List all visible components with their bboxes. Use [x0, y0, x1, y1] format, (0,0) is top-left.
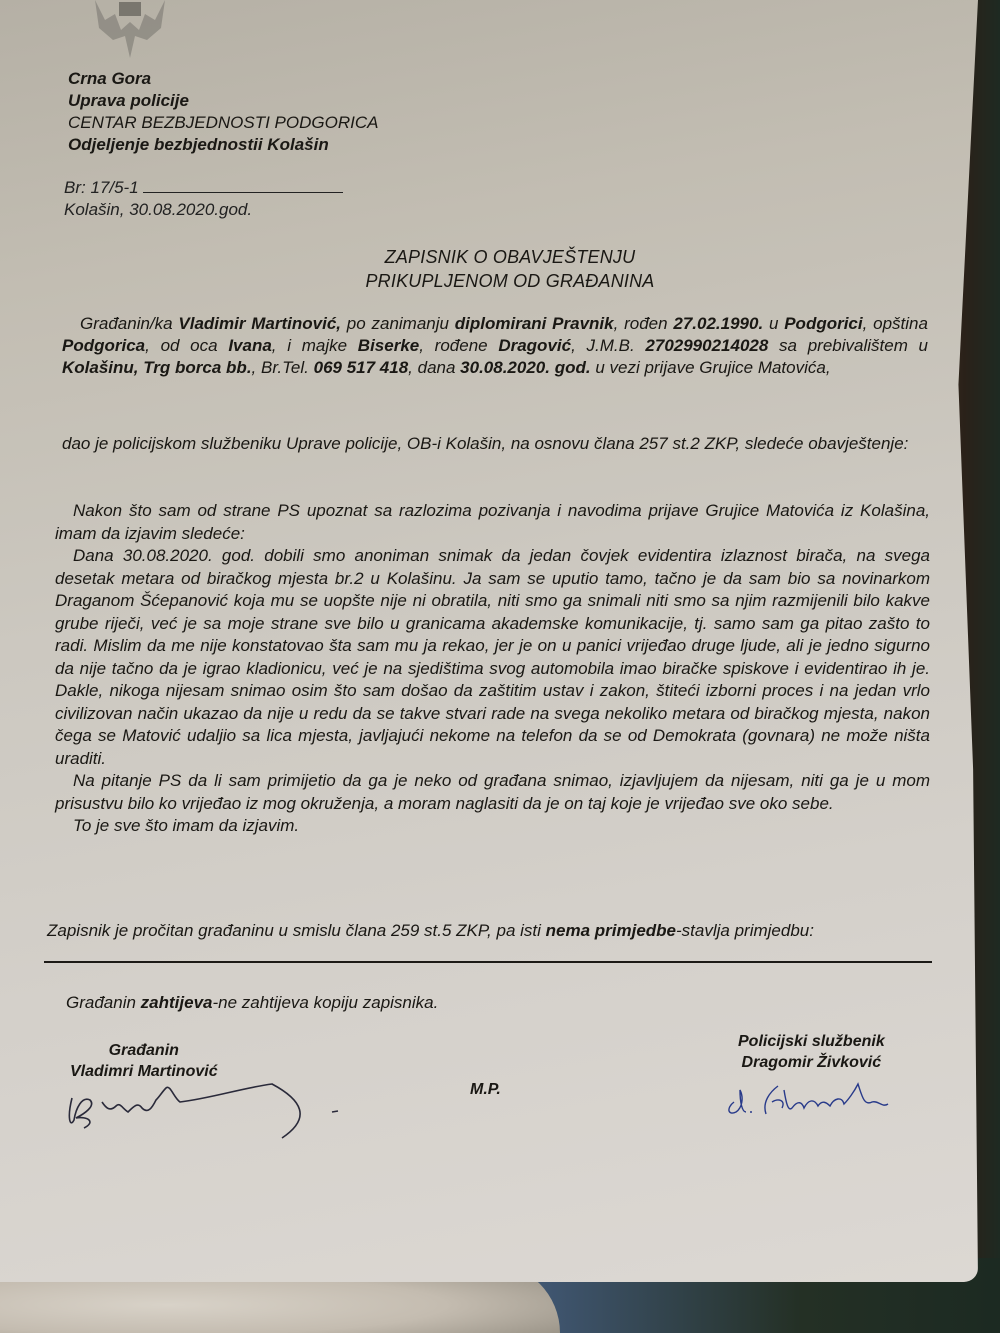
copy-request: Građanin zahtijeva-ne zahtijeva kopiju z… [66, 992, 932, 1014]
citizen-signature-block: Građanin Vladimri Martinović [70, 1040, 218, 1082]
document: Crna Gora Uprava policije CENTAR BEZBJED… [0, 0, 978, 1282]
citizen-jmb: 2702990214028 [645, 336, 768, 355]
citizen-residence: Kolašinu, Trg borca bb. [62, 358, 252, 377]
title-line-2: PRIKUPLJENOM OD GRAĐANINA [300, 269, 720, 293]
citizen-birth-date: 27.02.1990. [673, 314, 763, 333]
document-title: ZAPISNIK O OBAVJEŠTENJU PRIKUPLJENOM OD … [300, 245, 720, 293]
citizen-mother-maiden-name: Dragović [498, 336, 571, 355]
statement-paragraph: Na pitanje PS da li sam primijetio da ga… [55, 770, 930, 815]
letterhead: Crna Gora Uprava policije CENTAR BEZBJED… [68, 68, 378, 156]
statement-paragraph: Nakon što sam od strane PS upoznat sa ra… [55, 500, 930, 545]
officer-signature-block: Policijski službenik Dragomir Živković [738, 1031, 885, 1073]
reading-note: Zapisnik je pročitan građaninu u smislu … [47, 920, 927, 942]
letterhead-center: CENTAR BEZBJEDNOSTI PODGORICA [68, 112, 378, 134]
citizen-signature-icon [62, 1078, 362, 1148]
letterhead-country: Crna Gora [68, 68, 378, 90]
statement-paragraph: Dana 30.08.2020. god. dobili smo anonima… [55, 545, 930, 770]
statement: Nakon što sam od strane PS upoznat sa ra… [55, 500, 930, 838]
reference-block: Br: 17/5-1 Kolašin, 30.08.2020.god. [64, 177, 343, 221]
officer-signature-name: Dragomir Živković [738, 1052, 885, 1073]
citizen-father: Ivana [228, 336, 271, 355]
citizen-birth-place: Podgorici [784, 314, 862, 333]
citizen-municipality: Podgorica [62, 336, 145, 355]
citizen-date: 30.08.2020. god. [460, 358, 590, 377]
title-line-1: ZAPISNIK O OBAVJEŠTENJU [300, 245, 720, 269]
copy-request-option: zahtijeva [141, 993, 213, 1012]
citizen-occupation: diplomirani Pravnik [455, 314, 614, 333]
citizen-details: Građanin/ka Vladimir Martinović, po zani… [62, 313, 928, 379]
reference-blank-line [143, 178, 343, 193]
reference-place-date: Kolašin, 30.08.2020.god. [64, 199, 343, 221]
remarks-line [44, 961, 932, 963]
letterhead-department: Odjeljenje bezbjednostii Kolašin [68, 134, 378, 156]
letterhead-agency: Uprava policije [68, 90, 378, 112]
citizen-role: Građanin [70, 1040, 218, 1061]
citizen-name: Vladimir Martinović, [178, 314, 341, 333]
coat-of-arms-icon [75, 0, 185, 58]
officer-signature-icon [722, 1072, 902, 1122]
stamp-place: M.P. [470, 1081, 501, 1099]
statement-paragraph: To je sve što imam da izjavim. [55, 815, 930, 838]
reading-note-option: nema primjedbe [546, 921, 676, 940]
citizen-mother: Biserke [358, 336, 419, 355]
citizen-phone: 069 517 418 [314, 358, 409, 377]
officer-role: Policijski službenik [738, 1031, 885, 1052]
reference-number: Br: 17/5-1 [64, 178, 139, 197]
intro-text: dao je policijskom službeniku Uprave pol… [62, 433, 928, 455]
